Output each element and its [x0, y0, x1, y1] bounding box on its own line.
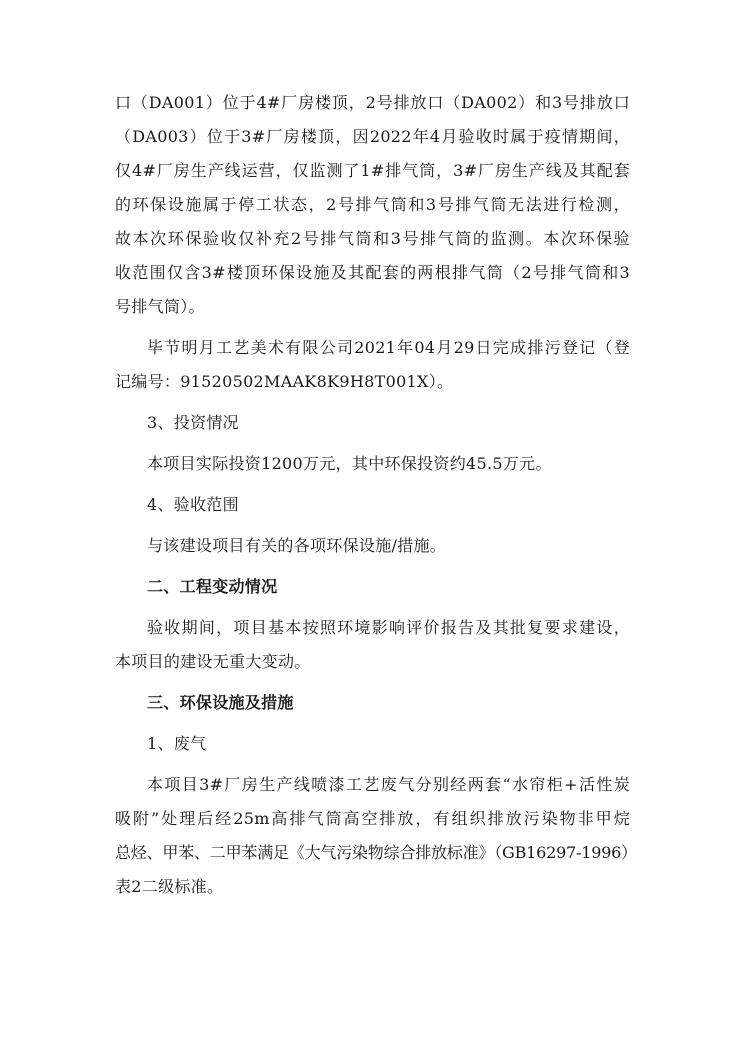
chapter-engineering-changes: 二、工程变动情况 验收期间，项目基本按照环境影响评价报告及其批复要求建设， 本项…	[115, 570, 630, 679]
text-line: （DA003）位于3#厂房楼顶，因2022年4月验收时属于疫情期间，	[115, 120, 630, 154]
chapter-heading: 三、环保设施及措施	[115, 686, 630, 720]
text-line: 与该建设项目有关的各项环保设施/措施。	[115, 529, 630, 563]
text-line: 毕节明月工艺美术有限公司2021年04月29日完成排污登记（登	[115, 331, 630, 365]
document-page: 口（DA001）位于4#厂房楼顶，2号排放口（DA002）和3号排放口 （DA0…	[115, 86, 630, 904]
text-line: 仅4#厂房生产线运营，仅监测了1#排气筒，3#厂房生产线及其配套	[115, 154, 630, 188]
paragraph-discharge-outlets: 口（DA001）位于4#厂房楼顶，2号排放口（DA002）和3号排放口 （DA0…	[115, 86, 630, 324]
text-line: 验收期间，项目基本按照环境影响评价报告及其批复要求建设，	[115, 611, 630, 645]
text-line: 吸附”处理后经25m高排气筒高空排放，有组织排放污染物非甲烷	[115, 802, 630, 836]
text-line: 总烃、甲苯、二甲苯满足《大气污染物综合排放标准》（GB16297-1996）	[115, 836, 630, 870]
text-line: 记编号：91520502MAAK8K9H8T001X）。	[115, 365, 630, 399]
text-line: 故本次环保验收仅补充2号排气筒和3号排气筒的监测。本次环保验	[115, 222, 630, 256]
chapter-environmental-facilities: 三、环保设施及措施 1、废气 本项目3#厂房生产线喷漆工艺废气分别经两套“水帘柜…	[115, 686, 630, 904]
text-line: 本项目的建设无重大变动。	[115, 645, 630, 679]
text-line: 本项目实际投资1200万元，其中环保投资约45.5万元。	[115, 447, 630, 481]
text-line: 收范围仅含3#楼顶环保设施及其配套的两根排气筒（2号排气筒和3	[115, 256, 630, 290]
text-line: 号排气筒）。	[115, 290, 630, 324]
paragraph-pollution-registration: 毕节明月工艺美术有限公司2021年04月29日完成排污登记（登 记编号：9152…	[115, 331, 630, 399]
section-heading: 3、投资情况	[115, 406, 630, 440]
chapter-heading: 二、工程变动情况	[115, 570, 630, 604]
text-line: 口（DA001）位于4#厂房楼顶，2号排放口（DA002）和3号排放口	[115, 86, 630, 120]
section-heading: 1、废气	[115, 727, 630, 761]
section-investment: 3、投资情况 本项目实际投资1200万元，其中环保投资约45.5万元。	[115, 406, 630, 481]
section-heading: 4、验收范围	[115, 488, 630, 522]
text-line: 表2二级标准。	[115, 870, 630, 904]
text-line: 本项目3#厂房生产线喷漆工艺废气分别经两套“水帘柜+活性炭	[115, 768, 630, 802]
text-line: 的环保设施属于停工状态，2号排气筒和3号排气筒无法进行检测，	[115, 188, 630, 222]
section-acceptance-scope: 4、验收范围 与该建设项目有关的各项环保设施/措施。	[115, 488, 630, 563]
